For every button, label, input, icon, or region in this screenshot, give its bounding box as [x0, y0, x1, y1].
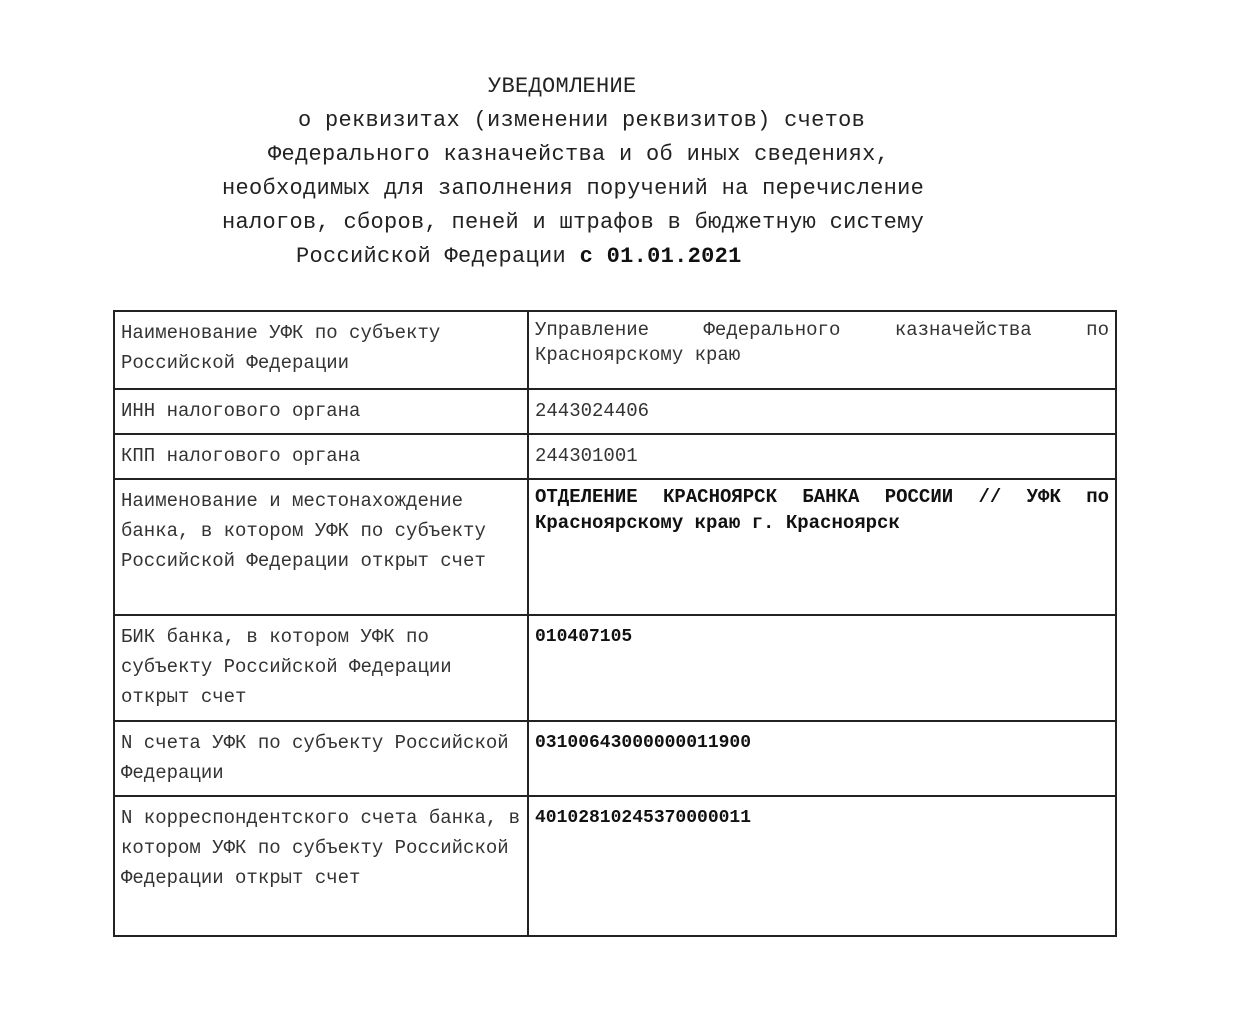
row-value-line: Красноярскому краю г. Красноярск: [535, 510, 1109, 536]
row-value-line: Красноярскому краю: [535, 343, 1109, 368]
table-row: N счета УФК по субъекту Российской Федер…: [114, 721, 1116, 796]
subtitle-line: необходимых для заполнения поручений на …: [222, 176, 924, 201]
subtitle-line: Российской Федерации с 01.01.2021: [296, 244, 742, 269]
row-label: БИК банка, в котором УФК по субъекту Рос…: [114, 615, 528, 721]
row-value: 010407105: [528, 615, 1116, 721]
effective-date: с 01.01.2021: [580, 244, 742, 269]
row-value: ОТДЕЛЕНИЕ КРАСНОЯРСК БАНКА РОССИИ // УФК…: [528, 479, 1116, 615]
row-value: Управление Федерального казначейства по …: [528, 311, 1116, 389]
subtitle-line: о реквизитах (изменении реквизитов) счет…: [298, 108, 865, 133]
row-value: 03100643000000011900: [528, 721, 1116, 796]
row-label: КПП налогового органа: [114, 434, 528, 479]
row-label: Наименование и местонахождение банка, в …: [114, 479, 528, 615]
table-row: ИНН налогового органа 2443024406: [114, 389, 1116, 434]
subtitle-line: Федерального казначейства и об иных свед…: [268, 142, 889, 167]
table-row: N корреспондентского счета банка, в кото…: [114, 796, 1116, 936]
row-value: 2443024406: [528, 389, 1116, 434]
table-row: Наименование и местонахождение банка, в …: [114, 479, 1116, 615]
requisites-table: Наименование УФК по субъекту Российской …: [113, 310, 1117, 937]
table-row: БИК банка, в котором УФК по субъекту Рос…: [114, 615, 1116, 721]
row-label: N корреспондентского счета банка, в кото…: [114, 796, 528, 936]
subtitle-line-text: Российской Федерации: [296, 244, 566, 269]
row-label: Наименование УФК по субъекту Российской …: [114, 311, 528, 389]
table-row: Наименование УФК по субъекту Российской …: [114, 311, 1116, 389]
row-label: ИНН налогового органа: [114, 389, 528, 434]
document-title: УВЕДОМЛЕНИЕ: [488, 74, 637, 99]
subtitle-line: налогов, сборов, пеней и штрафов в бюдже…: [222, 210, 924, 235]
row-value-line: Управление Федерального казначейства по: [535, 318, 1109, 343]
row-value: 40102810245370000011: [528, 796, 1116, 936]
row-value: 244301001: [528, 434, 1116, 479]
table-row: КПП налогового органа 244301001: [114, 434, 1116, 479]
row-value-line: ОТДЕЛЕНИЕ КРАСНОЯРСК БАНКА РОССИИ // УФК…: [535, 484, 1109, 510]
row-label: N счета УФК по субъекту Российской Федер…: [114, 721, 528, 796]
